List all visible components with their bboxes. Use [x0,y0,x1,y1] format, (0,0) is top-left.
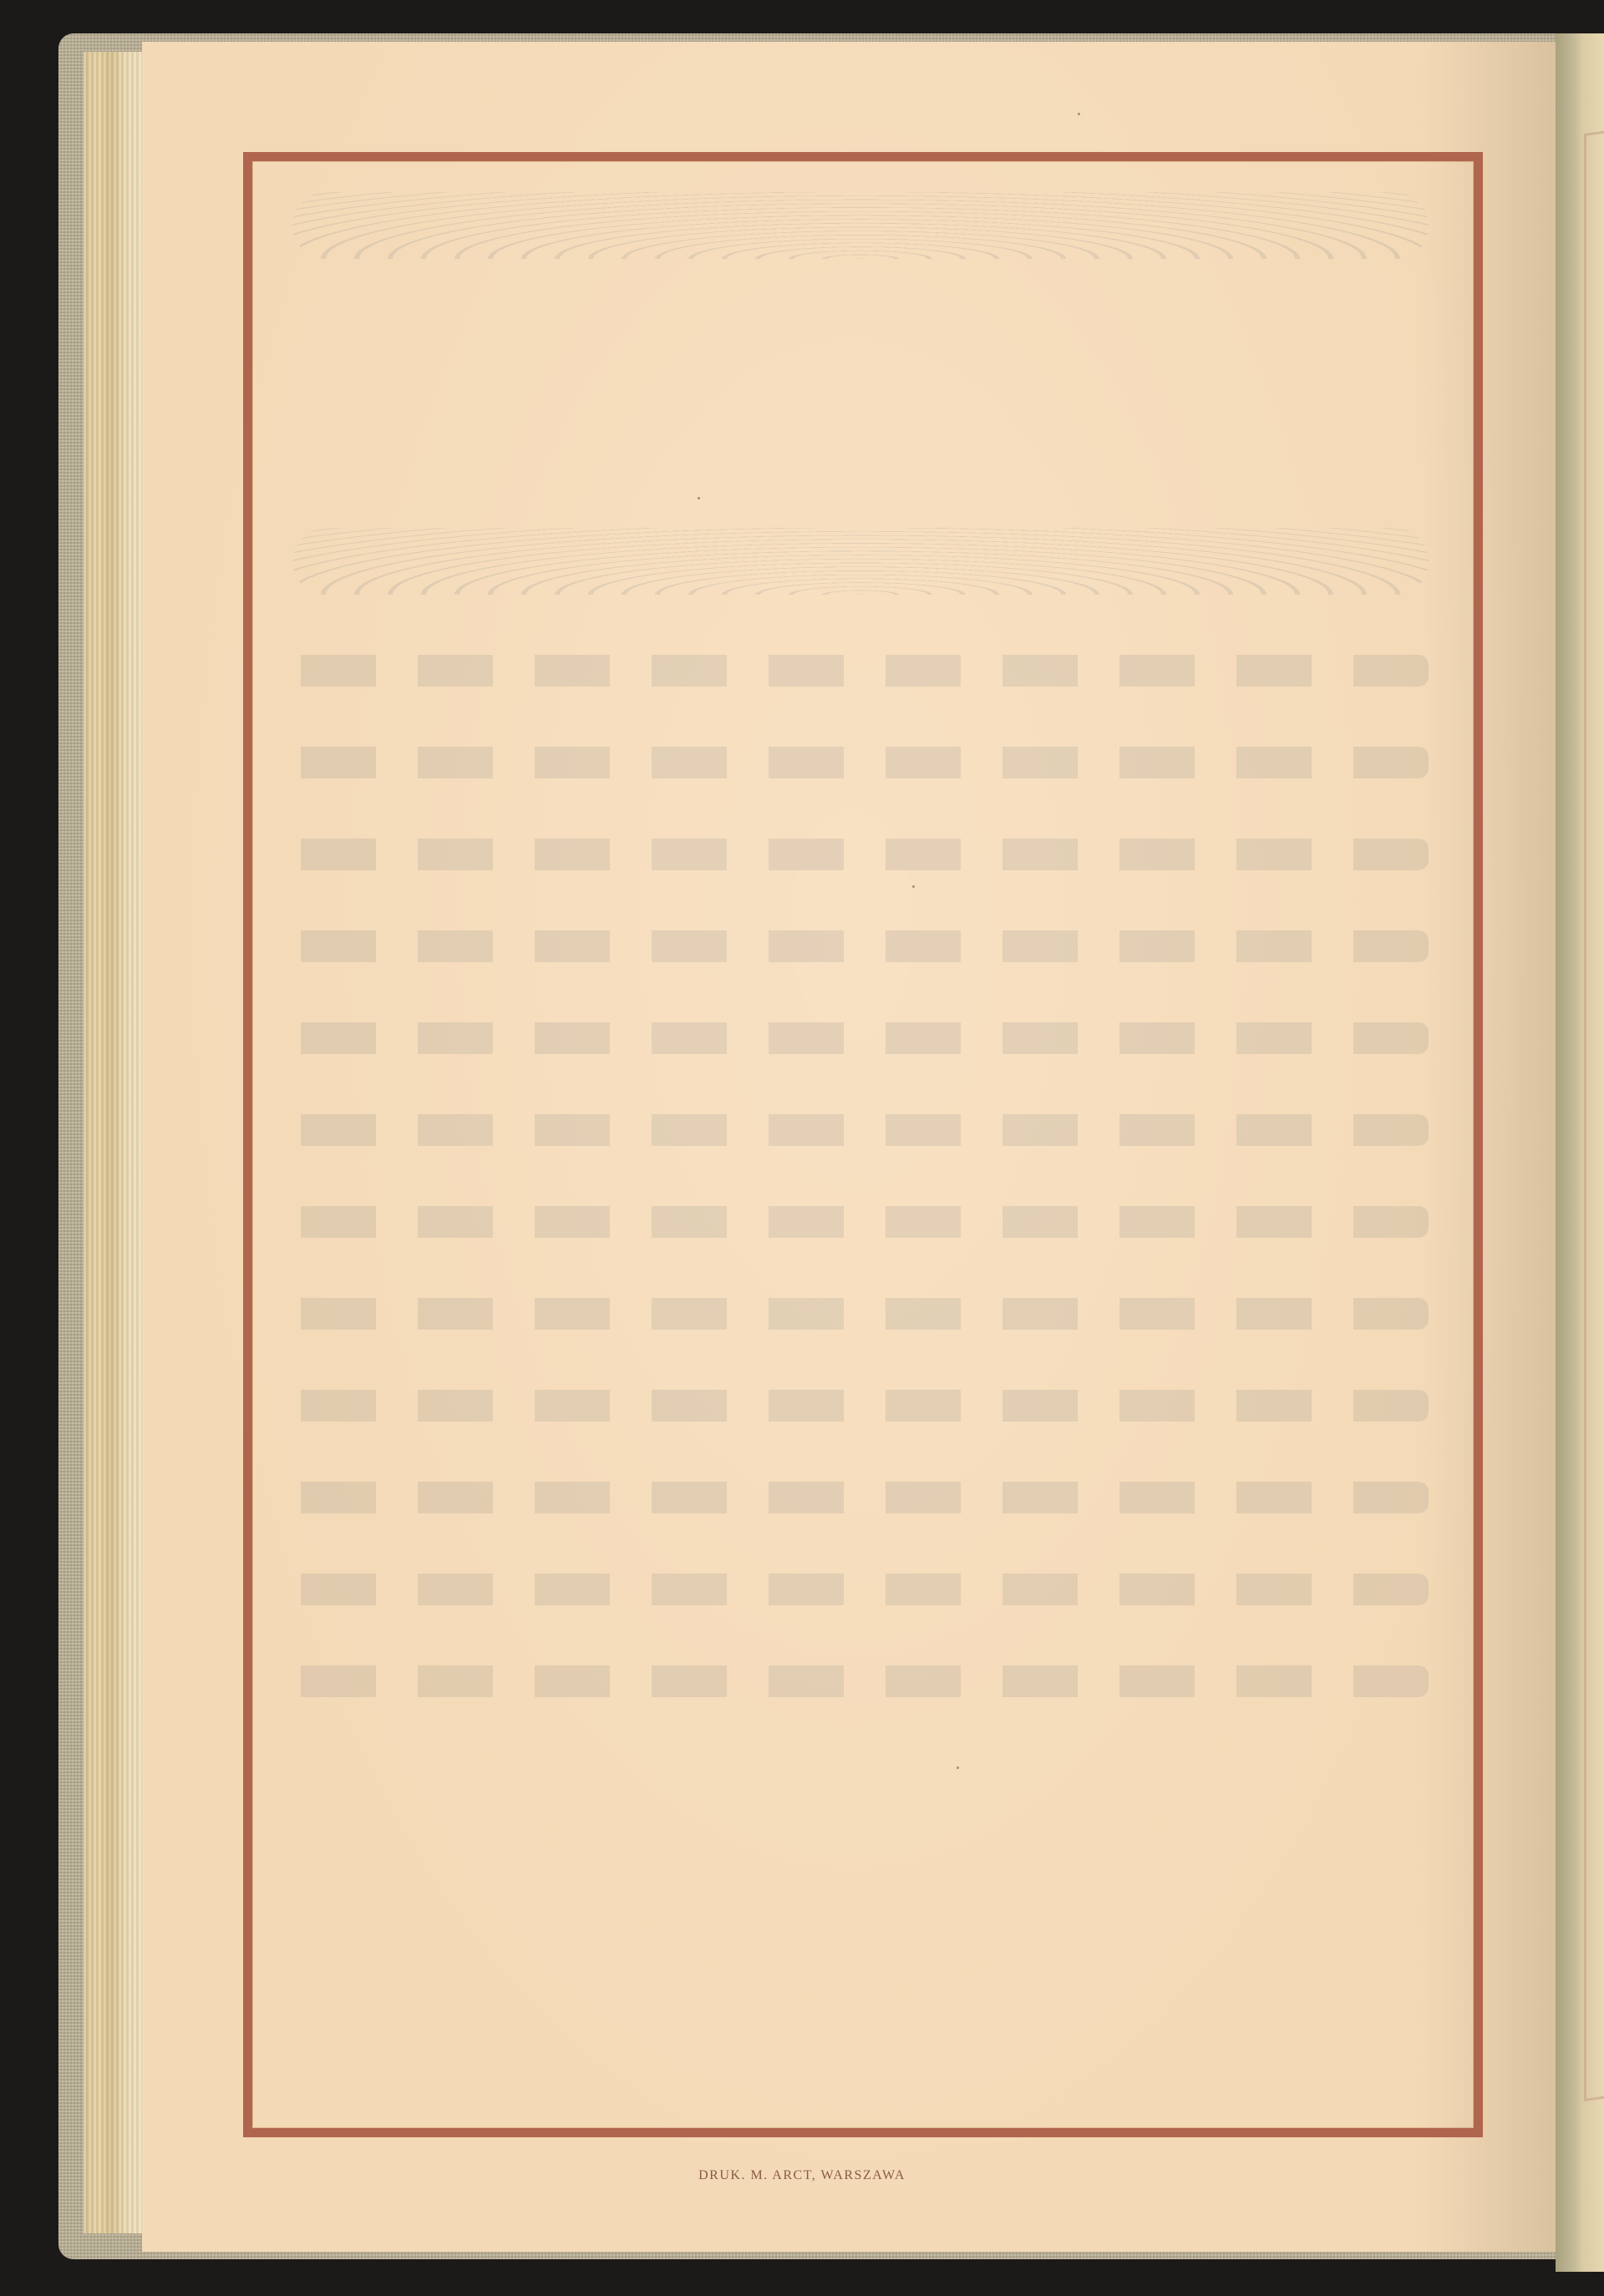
paper-fleck [698,497,700,499]
paper-fleck [957,1766,959,1769]
paper-fleck [1078,113,1080,115]
page-edges [84,52,144,2233]
decorative-border-frame [243,152,1483,2137]
paper-fleck [912,885,915,888]
adjacent-page-frame [1584,126,1604,2101]
printer-imprint: DRUK. M. ARCT, WARSZAWA [0,2168,1604,2183]
